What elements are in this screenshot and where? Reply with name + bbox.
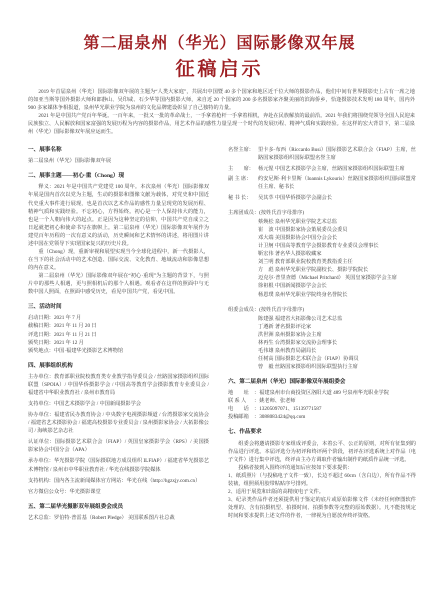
officer-description: 吴其萃 中国华侨摄影学会副会长 [258, 194, 416, 202]
organizer-item: 承办单位：华光摄影学院（国际摄联地方成员组织 ILFIAP）/ 福建省华光摄影艺… [28, 457, 209, 473]
presidium-member: 崔 波 中国摄影家协会策展委员会委员 [258, 226, 416, 234]
intro-paragraph-1: 2019 年首届泉州（华光）国际影像双年展的主题为“人类大家庭”，共展出中国暨 … [28, 88, 415, 112]
section-heading: 五、第二届华光摄影双年展组委会成员 [28, 503, 209, 512]
officer-role: 名誉主席： [228, 146, 258, 162]
schedule-item: 评选日期：2021 年 11 月 21 日 [28, 331, 209, 339]
contact-address: ：福建泉州市台商投资区洛阳大道 489 号泉州华光职业学院 [254, 389, 416, 397]
contact-email: ：3088083424@qq.com [254, 413, 416, 421]
organizer-item: 协办单位：福建省民办教育协会 / 中央数字电视摄影频道 / 台湾摄影家交流协会 … [28, 411, 209, 435]
contact-label: 电 话 [228, 405, 254, 413]
exhibition-name: 第二届泉州（华光）国际影像双年展 [28, 157, 209, 165]
officer-row: 秘 书 长： 吴其萃 中国华侨摄影学会副会长 [228, 194, 416, 202]
presidium-member: 刘兰明 教育部职业院校教育类教指委主任 [258, 258, 416, 266]
left-column: 一、展事名称 第二届泉州（华光）国际影像双年展 二、展事主题——初心·重（Cho… [28, 146, 209, 529]
officer-description: 约安尼斯·利卡里斯（Ioannis Lykouris）丝路国家摄影组织国际联盟常… [258, 175, 416, 191]
section-requirements: 七、作品要求 组委会将邀请摄影专家组成评委会，本着公平、公正的原则，对所有征集到… [228, 428, 416, 520]
contact-person: ：姚老师、张老师 [254, 397, 416, 405]
theme-paragraph-1: 释义：2021 年是中国共产党建党 100 周年。本次泉州（华光）国际影像双年展… [28, 183, 209, 248]
contact-row: 投稿邮箱 ：3088083424@qq.com [228, 413, 416, 421]
contact-label: 投稿邮箱 [228, 413, 254, 421]
right-column: 名誉主席： 里卡多·布西（Riccardo Busi）国际摄影艺术联合会（FIA… [228, 146, 416, 527]
contact-phone: ：13205097071、15139771587 [254, 405, 416, 413]
committee-member: 丁遵新 著名摄影评论家 [258, 323, 416, 331]
section-heading: 四、展事组织机构 [28, 362, 209, 371]
requirement-item: 1、纸质照片（与投稿电子文件一致），长边不超过 60cm（含白边），所有作品不得… [228, 472, 416, 488]
committee-member: 曾 毅 丝路国家摄影组织国际联盟执行主席 [258, 363, 416, 371]
theme-paragraph-3: 第二届泉州（华光）国际影像双年展在“初心·重现”为主题的背景下，与照片中的那些人… [28, 272, 209, 296]
organizer-item: 官方微信公众号：华光摄影课堂 [28, 488, 209, 496]
committee-member: 陈建强 福建省大拓影像公司艺术总监 [258, 315, 416, 323]
officer-role: 主 席： [228, 165, 258, 173]
officers-block: 名誉主席： 里卡多·布西（Riccardo Busi）国际摄影艺术联合会（FIA… [228, 146, 416, 202]
organizer-item: 支持单位：中国艺术摄影学会 / 中国新闻摄影学会 [28, 400, 209, 408]
section-heading: 二、展事主题——初心·重（Chong）现 [28, 172, 209, 181]
presidium-member: 徐祖根 中国新闻摄影学会会长 [258, 282, 416, 290]
section-schedule: 三、活动时间 启动日期：2021 年 7 月 截稿日期：2021 年 11 月 … [28, 303, 209, 354]
organizer-item: 主办单位：教育部职业院校教育类专业教学指导委员会 / 丝路国家摄影组织国际联盟（… [28, 373, 209, 397]
intro-paragraph-2: 2021 年是中国共产党百年华诞。一百年来，一批又一批的革命战士，一手拿着枪杆一… [28, 112, 415, 136]
organizer-item: 认证单位：国际摄影艺术联合会（FIAP）/ 英国皇家摄影学会（RPS）/ 美国摄… [28, 438, 209, 454]
presidium-member: 邓大端 美国摄影协会中国分会会长 [258, 234, 416, 242]
presidium-member: 杨恩璞 泉州华光职业学院终身名誉院长 [258, 291, 416, 299]
intro-block: 2019 年首届泉州（华光）国际影像双年展的主题为“人类大家庭”，共展出中国暨 … [28, 88, 415, 136]
officer-row: 副 主 席： 约安尼斯·利卡里斯（Ioannis Lykouris）丝路国家摄影… [228, 175, 416, 191]
presidium-member: 计卫舸 中国高等教育学会摄影教育专业委员会理事长 [258, 242, 416, 250]
officer-description: 里卡多·布西（Riccardo Busi）国际摄影艺术联合会（FIAP）主席，丝… [258, 146, 416, 162]
requirements-paragraph-2: 投稿者接到入围终评的通知后应按如下要求提供： [228, 464, 416, 472]
requirements-paragraph-1: 组委会将邀请摄影专家组成评委会，本着公平、公正的原则，对所有征集到的作品进行评选… [228, 440, 416, 464]
officer-role: 秘 书 长： [228, 194, 258, 202]
requirement-item: 2、适用于展览和出版的高精度电子文件。 [228, 488, 416, 496]
officer-role: 副 主 席： [228, 175, 258, 191]
section-organizers: 四、展事组织机构 主办单位：教育部职业院校教育类专业教学指导委员会 / 丝路国家… [28, 362, 209, 496]
section-heading: 七、作品要求 [228, 428, 416, 437]
presidium-member: 迈克尔·普里查德（Michael Pritchard） 英国皇家摄影学会主席 [258, 274, 416, 282]
committee-block: 组委会成员：(按姓氏首字母排序) 陈建强 福建省大拓影像公司艺术总监 丁遵新 著… [228, 306, 416, 372]
schedule-item: 启动日期：2021 年 7 月 [28, 314, 209, 322]
presidium-member: 靳宏伟 著名华人摄影收藏家 [258, 250, 416, 258]
section-committee-members-intro: 五、第二届华光摄影双年展组委会成员 艺术总监：罗伯特·普雷基（Robert Pl… [28, 503, 209, 522]
section-contact: 六、第二届泉州（华光）国际影像双年展组委会 地 址 ：福建泉州市台商投资区洛阳大… [228, 378, 416, 421]
presidium-label: 主席团成员：(按姓氏首字母排序) [228, 209, 416, 217]
section-exhibition-name: 一、展事名称 第二届泉州（华光）国际影像双年展 [28, 146, 209, 165]
section-heading: 六、第二届泉州（华光）国际影像双年展组委会 [228, 378, 416, 387]
theme-paragraph-2: 重（Chong）现，重新审视和展望实现当今全球化进程中，新一代摄影人，在当下的社… [28, 248, 209, 272]
committee-label: 组委会成员：(按姓氏首字母排序) [228, 306, 416, 314]
contact-label: 地 址 [228, 389, 254, 397]
presidium-member: 方 彪 泉州华光职业学院副校长、摄影学院院长 [258, 266, 416, 274]
document-subtitle: 征稿启示 [0, 54, 439, 81]
organizer-item: 支持机构：国内各主流新闻媒体官方网站：华光在线（http://hgzxjy.co… [28, 477, 209, 485]
section-heading: 三、活动时间 [28, 303, 209, 312]
art-director-line: 艺术总监：罗伯特·普雷基（Robert Pledge） 美国联系图片社总裁 [28, 514, 209, 522]
officer-description: 杨元惺 中国艺术摄影学会主席，丝路国家摄影组织国际联盟主席 [258, 165, 416, 173]
section-theme: 二、展事主题——初心·重（Chong）现 释义：2021 年是中国共产党建党 1… [28, 172, 209, 296]
committee-member: 任树高 国际摄影艺术联合会（FIAP）协调员 [258, 355, 416, 363]
committee-member: 林再生 台湾摄影家交流协会理事长 [258, 339, 416, 347]
contact-row: 电 话 ：13205097071、15139771587 [228, 405, 416, 413]
contact-label: 联 系 人 [228, 397, 254, 405]
presidium-block: 主席团成员：(按姓氏首字母排序) 蔡焕松 泉州华光职业学院艺术总监 崔 波 中国… [228, 209, 416, 299]
schedule-item: 截稿日期：2021 年 11 月 20 日 [28, 322, 209, 330]
officer-row: 名誉主席： 里卡多·布西（Riccardo Busi）国际摄影艺术联合会（FIA… [228, 146, 416, 162]
schedule-item: 颁奖地点：中国·福建华光摄影艺术博物馆 [28, 347, 209, 355]
presidium-member: 蔡焕松 泉州华光职业学院艺术总监 [258, 218, 416, 226]
requirement-item: 3、纪录类作品作者还须提供用于鉴定的底片或原始影像文件（未经任何修图软件处理的、… [228, 496, 416, 520]
schedule-item: 颁奖日期：2021 年 12 月 [28, 339, 209, 347]
document-page: 第二届泉州（华光）国际影像双年展 征稿启示 2019 年首届泉州（华光）国际影像… [0, 0, 439, 600]
document-title: 第二届泉州（华光）国际影像双年展 [0, 30, 439, 53]
contact-row: 联 系 人 ：姚老师、张老师 [228, 397, 416, 405]
section-heading: 一、展事名称 [28, 146, 209, 155]
contact-row: 地 址 ：福建泉州市台商投资区洛阳大道 489 号泉州华光职业学院 [228, 389, 416, 397]
committee-member: 洪世洲 泉州摄影家协会主席 [258, 331, 416, 339]
officer-row: 主 席： 杨元惺 中国艺术摄影学会主席，丝路国家摄影组织国际联盟主席 [228, 165, 416, 173]
committee-member: 毛伟雄 泉州教育局副局长 [258, 347, 416, 355]
